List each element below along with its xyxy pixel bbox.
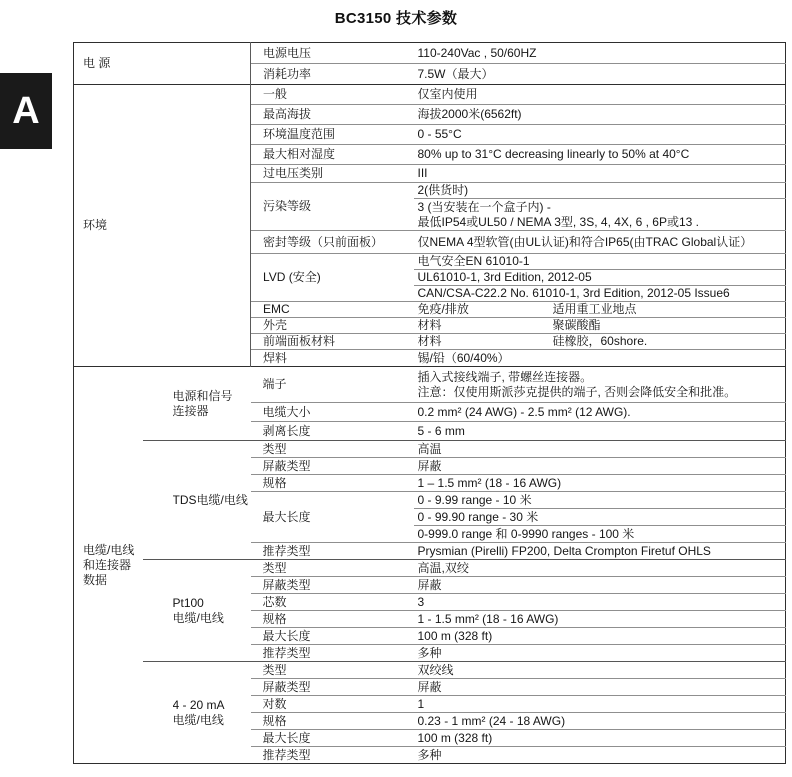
param-cell: 类型 <box>251 662 414 679</box>
param-label: 类型 <box>263 663 414 678</box>
text-line: 100 m (328 ft) <box>418 731 786 746</box>
param-label: LVD (安全) <box>263 270 414 285</box>
text-line: CAN/CSA-C22.2 No. 61010-1, 3rd Edition, … <box>418 286 786 301</box>
category-cell: 电缆/电线和连接器数据 <box>74 367 143 764</box>
param-label: 电源电压 <box>263 46 414 61</box>
text-line: 海拔2000米(6562ft) <box>418 107 786 122</box>
param-cell: 端子 <box>251 367 414 403</box>
value-cell: 免疫/排放 <box>414 302 549 318</box>
value-cell: 80% up to 31°C decreasing linearly to 50… <box>414 145 786 165</box>
param-label: 最大相对湿度 <box>263 147 414 162</box>
text-line: 屏蔽 <box>418 680 786 695</box>
value-cell: 锡/铅（60/40%） <box>414 350 786 367</box>
param-cell: 污染等级 <box>251 183 414 231</box>
param-cell: 规格 <box>251 475 414 492</box>
param-cell: 屏蔽类型 <box>251 679 414 696</box>
text-line: 双绞线 <box>418 663 786 678</box>
text-line: 0 - 99.90 range - 30 米 <box>418 510 786 525</box>
text-line: 电缆/电线 <box>173 611 251 626</box>
value-cell: 0.2 mm² (24 AWG) - 2.5 mm² (12 AWG). <box>414 403 786 422</box>
param-label: 一般 <box>263 87 414 102</box>
param-cell: 规格 <box>251 611 414 628</box>
param-label: 最大长度 <box>263 629 414 644</box>
text-line: UL61010-1, 3rd Edition, 2012-05 <box>418 270 786 285</box>
value-cell: 0 - 55°C <box>414 125 786 145</box>
param-cell: 推荐类型 <box>251 645 414 662</box>
param-cell: 最大长度 <box>251 492 414 543</box>
value-cell: 高温,双绞 <box>414 560 786 577</box>
text-line: III <box>418 166 786 181</box>
param-cell: EMC <box>251 302 414 318</box>
param-label: 污染等级 <box>263 199 414 214</box>
text-line: 仅室内使用 <box>418 87 786 102</box>
text-line: 仅NEMA 4型软管(由UL认证)和符合IP65(由TRAC Global认证） <box>418 235 786 250</box>
param-label: 消耗功率 <box>263 67 414 82</box>
param-label: 规格 <box>263 714 414 729</box>
value-text: 材料 <box>418 318 549 333</box>
text-line: 多种 <box>418 646 786 661</box>
param-cell: 规格 <box>251 713 414 730</box>
param-cell: 屏蔽类型 <box>251 577 414 594</box>
value-cell-secondary: 适用重工业地点 <box>549 302 786 318</box>
param-label: 芯数 <box>263 595 414 610</box>
param-cell: 一般 <box>251 85 414 105</box>
value-cell: 5 - 6 mm <box>414 422 786 441</box>
subcategory-cell: Pt100电缆/电线 <box>143 560 251 662</box>
text-line: 注意：仅使用斯派莎克提供的端子, 否则会降低安全和批准。 <box>418 385 786 400</box>
param-label: 类型 <box>263 561 414 576</box>
text-line: 多种 <box>418 748 786 763</box>
param-cell: 密封等级（只前面板） <box>251 231 414 254</box>
value-cell: 7.5W（最大） <box>414 64 786 85</box>
value-text: 材料 <box>418 334 549 349</box>
param-label: 屏蔽类型 <box>263 578 414 593</box>
param-label: EMC <box>263 302 414 317</box>
value-cell-secondary: 硅橡胶，60shore. <box>549 334 786 350</box>
value-cell: 屏蔽 <box>414 458 786 475</box>
value-cell: 3 (当安装在一个盒子内) -最低IP54或UL50 / NEMA 3型, 3S… <box>414 199 786 231</box>
subcategory-cell: TDS电缆/电线 <box>143 441 251 560</box>
param-cell: 环境温度范围 <box>251 125 414 145</box>
section-tab-label: A <box>12 90 39 133</box>
text-line: 环境 <box>83 218 250 233</box>
param-cell: 推荐类型 <box>251 747 414 764</box>
text-line: 1 - 1.5 mm² (18 - 16 AWG) <box>418 612 786 627</box>
text-line: Pt100 <box>173 596 251 611</box>
value-cell: 0-999.0 range 和 0-9990 ranges - 100 米 <box>414 526 786 543</box>
param-label: 类型 <box>263 442 414 457</box>
param-label: 规格 <box>263 476 414 491</box>
param-label: 外壳 <box>263 318 414 333</box>
document-page: BC3150 技术参数 A 电 源电源电压110-240Vac , 50/60H… <box>0 0 792 777</box>
text-line: 电缆/电线 <box>173 713 251 728</box>
value-cell: CAN/CSA-C22.2 No. 61010-1, 3rd Edition, … <box>414 286 786 302</box>
text-line: 屏蔽 <box>418 578 786 593</box>
value-cell: III <box>414 165 786 183</box>
param-label: 过电压类别 <box>263 166 414 181</box>
text-line: 0.23 - 1 mm² (24 - 18 AWG) <box>418 714 786 729</box>
value-cell: 电气安全EN 61010-1 <box>414 254 786 270</box>
param-cell: 外壳 <box>251 318 414 334</box>
value-cell-secondary: 聚碳酸酯 <box>549 318 786 334</box>
category-cell: 环境 <box>74 85 251 367</box>
param-label: 规格 <box>263 612 414 627</box>
text-line: 锡/铅（60/40%） <box>418 351 786 366</box>
param-label: 推荐类型 <box>263 748 414 763</box>
param-cell: 焊料 <box>251 350 414 367</box>
value-cell: 双绞线 <box>414 662 786 679</box>
value-cell: 材料 <box>414 318 549 334</box>
param-cell: 前端面板材料 <box>251 334 414 350</box>
value-cell: 110-240Vac , 50/60HZ <box>414 43 786 64</box>
text-line: 0.2 mm² (24 AWG) - 2.5 mm² (12 AWG). <box>418 405 786 420</box>
param-label: 最大长度 <box>263 731 414 746</box>
text-line: 连接器 <box>173 404 251 419</box>
text-line: 3 <box>418 595 786 610</box>
text-line: 5 - 6 mm <box>418 424 786 439</box>
text-line: 0-999.0 range 和 0-9990 ranges - 100 米 <box>418 527 786 542</box>
text-line: 插入式接线端子, 带螺丝连接器。 <box>418 370 786 385</box>
text-line: 最低IP54或UL50 / NEMA 3型, 3S, 4, 4X, 6 , 6P… <box>418 215 786 230</box>
param-label: 最大长度 <box>263 510 414 525</box>
text-line: 0 - 55°C <box>418 127 786 142</box>
text-line: 2(供货时) <box>418 183 786 198</box>
section-tab-a: A <box>0 73 52 149</box>
value-cell: 2(供货时) <box>414 183 786 199</box>
subcategory-cell: 电源和信号连接器 <box>143 367 251 441</box>
text-line: 7.5W（最大） <box>418 67 786 82</box>
value-text: 免疫/排放 <box>418 302 549 317</box>
category-cell: 电 源 <box>74 43 251 85</box>
text-line: 电缆/电线 <box>83 543 143 558</box>
value-cell: 仅NEMA 4型软管(由UL认证)和符合IP65(由TRAC Global认证） <box>414 231 786 254</box>
param-label: 电缆大小 <box>263 405 414 420</box>
param-cell: 芯数 <box>251 594 414 611</box>
text-line: 110-240Vac , 50/60HZ <box>418 46 786 61</box>
param-label: 环境温度范围 <box>263 127 414 142</box>
text-line: 电源和信号 <box>173 389 251 404</box>
value-cell: 多种 <box>414 645 786 662</box>
param-cell: 电源电压 <box>251 43 414 64</box>
value-cell: 0.23 - 1 mm² (24 - 18 AWG) <box>414 713 786 730</box>
text-line: 高温,双绞 <box>418 561 786 576</box>
param-label: 最高海拔 <box>263 107 414 122</box>
value-cell: 材料 <box>414 334 549 350</box>
value-cell: 1 <box>414 696 786 713</box>
param-label: 推荐类型 <box>263 646 414 661</box>
param-label: 屏蔽类型 <box>263 459 414 474</box>
param-cell: 类型 <box>251 441 414 458</box>
param-cell: 类型 <box>251 560 414 577</box>
param-cell: 消耗功率 <box>251 64 414 85</box>
value-cell: 高温 <box>414 441 786 458</box>
param-cell: 推荐类型 <box>251 543 414 560</box>
value-cell: 0 - 99.90 range - 30 米 <box>414 509 786 526</box>
param-cell: 最高海拔 <box>251 105 414 125</box>
text-line: TDS电缆/电线 <box>173 493 251 508</box>
spec-table: 电 源电源电压110-240Vac , 50/60HZ消耗功率7.5W（最大）环… <box>73 42 786 764</box>
value-cell: Prysmian (Pirelli) FP200, Delta Crompton… <box>414 543 786 560</box>
value-cell: 海拔2000米(6562ft) <box>414 105 786 125</box>
value-cell: 插入式接线端子, 带螺丝连接器。注意：仅使用斯派莎克提供的端子, 否则会降低安全… <box>414 367 786 403</box>
value-text: 适用重工业地点 <box>553 302 786 317</box>
value-cell: 多种 <box>414 747 786 764</box>
text-line: 1 – 1.5 mm² (18 - 16 AWG) <box>418 476 786 491</box>
param-label: 对数 <box>263 697 414 712</box>
value-cell: 100 m (328 ft) <box>414 628 786 645</box>
text-line: 3 (当安装在一个盒子内) - <box>418 200 786 215</box>
text-line: 4 - 20 mA <box>173 698 251 713</box>
param-label: 剥离长度 <box>263 424 414 439</box>
param-cell: 剥离长度 <box>251 422 414 441</box>
text-line: 100 m (328 ft) <box>418 629 786 644</box>
text-line: 屏蔽 <box>418 459 786 474</box>
value-cell: 0 - 9.99 range - 10 米 <box>414 492 786 509</box>
subcategory-cell: 4 - 20 mA电缆/电线 <box>143 662 251 764</box>
param-label: 密封等级（只前面板） <box>263 235 414 250</box>
param-label: 推荐类型 <box>263 544 414 559</box>
text-line: 0 - 9.99 range - 10 米 <box>418 493 786 508</box>
text-line: 电气安全EN 61010-1 <box>418 254 786 269</box>
value-cell: UL61010-1, 3rd Edition, 2012-05 <box>414 270 786 286</box>
value-cell: 仅室内使用 <box>414 85 786 105</box>
text-line: 1 <box>418 697 786 712</box>
value-text: 硅橡胶，60shore. <box>553 334 786 349</box>
value-cell: 3 <box>414 594 786 611</box>
value-cell: 1 - 1.5 mm² (18 - 16 AWG) <box>414 611 786 628</box>
param-cell: 最大长度 <box>251 628 414 645</box>
text-line: 和连接器 <box>83 558 143 573</box>
param-cell: 屏蔽类型 <box>251 458 414 475</box>
text-line: Prysmian (Pirelli) FP200, Delta Crompton… <box>418 544 786 559</box>
param-cell: LVD (安全) <box>251 254 414 302</box>
param-label: 屏蔽类型 <box>263 680 414 695</box>
param-cell: 电缆大小 <box>251 403 414 422</box>
value-cell: 屏蔽 <box>414 679 786 696</box>
param-cell: 最大相对湿度 <box>251 145 414 165</box>
value-cell: 100 m (328 ft) <box>414 730 786 747</box>
param-label: 端子 <box>263 377 414 392</box>
value-cell: 屏蔽 <box>414 577 786 594</box>
param-cell: 对数 <box>251 696 414 713</box>
text-line: 高温 <box>418 442 786 457</box>
value-cell: 1 – 1.5 mm² (18 - 16 AWG) <box>414 475 786 492</box>
param-label: 前端面板材料 <box>263 334 414 349</box>
param-cell: 过电压类别 <box>251 165 414 183</box>
text-line: 电 源 <box>83 56 250 71</box>
value-text: 聚碳酸酯 <box>553 318 786 333</box>
text-line: 80% up to 31°C decreasing linearly to 50… <box>418 147 786 162</box>
param-cell: 最大长度 <box>251 730 414 747</box>
page-title: BC3150 技术参数 <box>0 0 792 28</box>
param-label: 焊料 <box>263 351 414 366</box>
text-line: 数据 <box>83 573 143 588</box>
